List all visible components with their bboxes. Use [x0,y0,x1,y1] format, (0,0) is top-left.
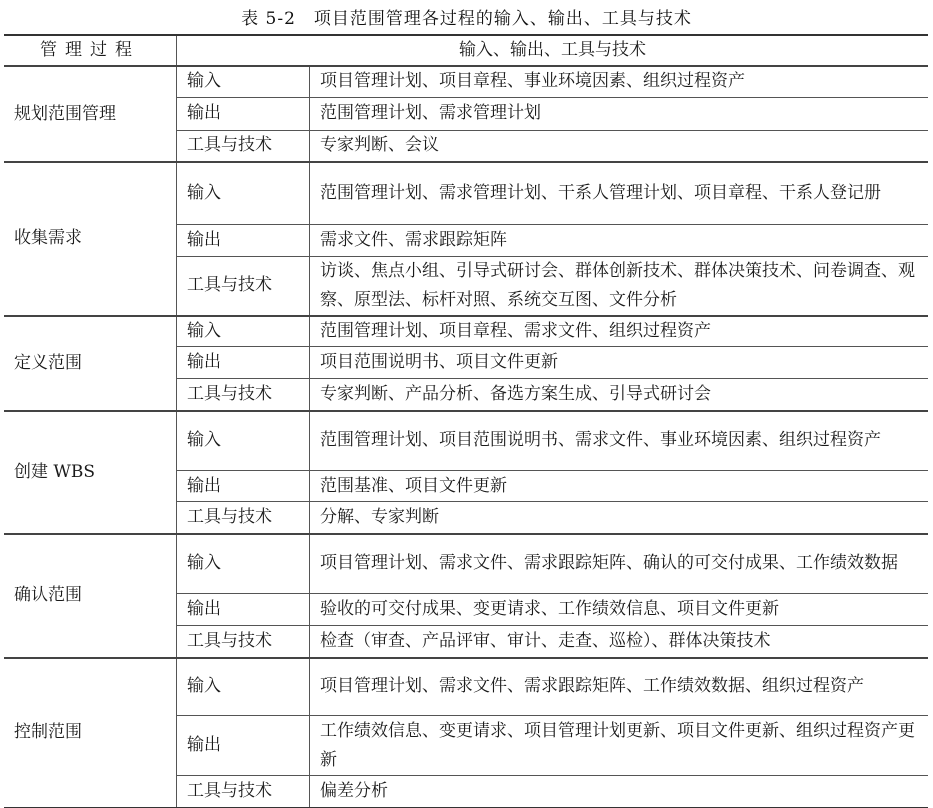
process-name: 控制范围 [4,658,177,808]
row-content: 项目管理计划、需求文件、需求跟踪矩阵、确认的可交付成果、工作绩效数据 [310,534,929,594]
row-content: 访谈、焦点小组、引导式研讨会、群体创新技术、群体决策技术、问卷调查、观察、原型法… [310,256,929,316]
table-row: 收集需求 输入 范围管理计划、需求管理计划、干系人管理计划、项目章程、干系人登记… [4,162,928,224]
row-content: 专家判断、产品分析、备选方案生成、引导式研讨会 [310,379,929,411]
row-content: 范围管理计划、需求管理计划、干系人管理计划、项目章程、干系人登记册 [310,162,929,224]
row-content: 范围管理计划、项目章程、需求文件、组织过程资产 [310,316,929,347]
row-kind: 工具与技术 [177,776,310,808]
row-kind: 输入 [177,66,310,97]
row-kind: 输入 [177,534,310,594]
process-name: 确认范围 [4,534,177,658]
row-content: 工作绩效信息、变更请求、项目管理计划更新、项目文件更新、组织过程资产更新 [310,716,929,776]
table-row: 控制范围 输入 项目管理计划、需求文件、需求跟踪矩阵、工作绩效数据、组织过程资产 [4,658,928,716]
row-content: 项目管理计划、需求文件、需求跟踪矩阵、工作绩效数据、组织过程资产 [310,658,929,716]
header-process: 管理过程 [4,35,177,66]
table-row: 规划范围管理 输入 项目管理计划、项目章程、事业环境因素、组织过程资产 [4,66,928,97]
row-kind: 输出 [177,97,310,130]
row-kind: 输入 [177,411,310,471]
row-content: 专家判断、会议 [310,130,929,162]
row-content: 偏差分析 [310,776,929,808]
table-row: 创建 WBS 输入 范围管理计划、项目范围说明书、需求文件、事业环境因素、组织过… [4,411,928,471]
row-kind: 输出 [177,716,310,776]
row-kind: 工具与技术 [177,502,310,534]
row-content: 范围管理计划、需求管理计划 [310,97,929,130]
header-io-tools: 输入、输出、工具与技术 [177,35,929,66]
table-row: 确认范围 输入 项目管理计划、需求文件、需求跟踪矩阵、确认的可交付成果、工作绩效… [4,534,928,594]
row-content: 需求文件、需求跟踪矩阵 [310,224,929,256]
row-content: 范围基准、项目文件更新 [310,471,929,502]
process-name: 创建 WBS [4,411,177,534]
row-kind: 输入 [177,658,310,716]
process-name: 规划范围管理 [4,66,177,162]
table-row: 定义范围 输入 范围管理计划、项目章程、需求文件、组织过程资产 [4,316,928,347]
row-kind: 输出 [177,347,310,379]
row-kind: 输入 [177,162,310,224]
row-kind: 工具与技术 [177,626,310,658]
row-kind: 输出 [177,594,310,626]
row-content: 范围管理计划、项目范围说明书、需求文件、事业环境因素、组织过程资产 [310,411,929,471]
header-row: 管理过程 输入、输出、工具与技术 [4,35,928,66]
row-content: 项目范围说明书、项目文件更新 [310,347,929,379]
row-kind: 工具与技术 [177,379,310,411]
process-name: 收集需求 [4,162,177,316]
row-content: 项目管理计划、项目章程、事业环境因素、组织过程资产 [310,66,929,97]
row-content: 检查（审查、产品评审、审计、走查、巡检）、群体决策技术 [310,626,929,658]
row-kind: 输出 [177,471,310,502]
row-content: 验收的可交付成果、变更请求、工作绩效信息、项目文件更新 [310,594,929,626]
process-name: 定义范围 [4,316,177,411]
row-content: 分解、专家判断 [310,502,929,534]
row-kind: 输出 [177,224,310,256]
row-kind: 输入 [177,316,310,347]
scope-management-table: 管理过程 输入、输出、工具与技术 规划范围管理 输入 项目管理计划、项目章程、事… [4,34,928,808]
table-caption: 表 5-2 项目范围管理各过程的输入、输出、工具与技术 [0,4,933,29]
row-kind: 工具与技术 [177,130,310,162]
row-kind: 工具与技术 [177,256,310,316]
